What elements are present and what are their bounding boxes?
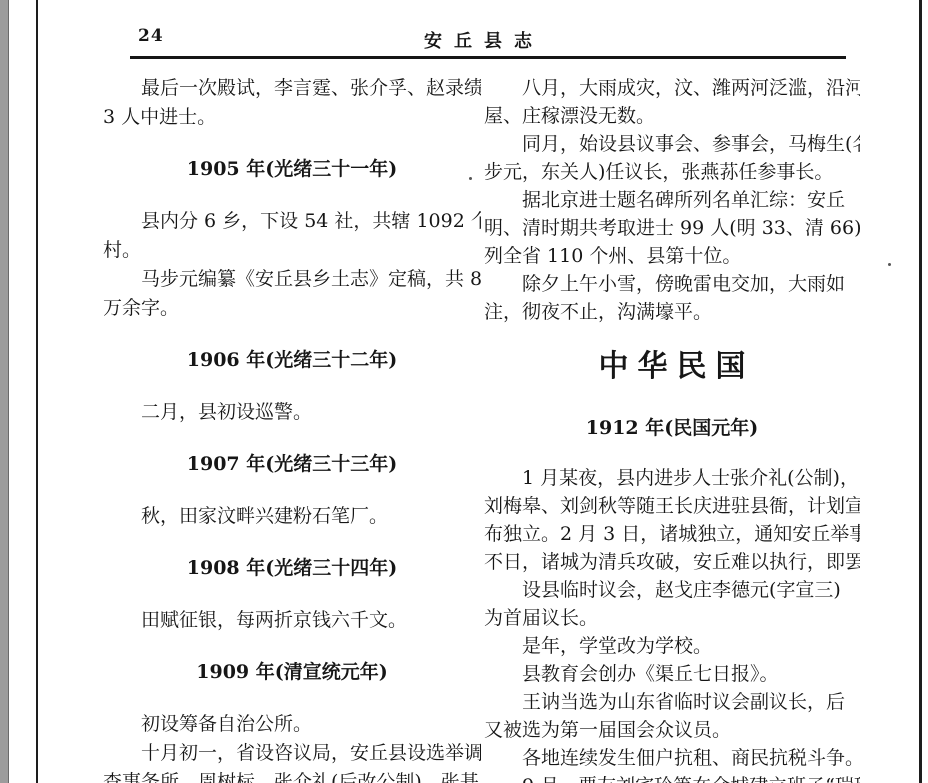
text-line: 又被选为第一届国会众议员。	[484, 716, 860, 744]
year-heading: 1905 年(光绪三十一年)	[103, 155, 481, 184]
text-line: 初设筹备自治公所。	[103, 710, 481, 739]
text-line: 十月初一，省设咨议局，安丘县设选举调	[103, 739, 481, 768]
year-heading: 1909 年(清宣统元年)	[103, 658, 481, 687]
scan-edge-strip	[0, 0, 9, 783]
paragraph: 据北京进士题名碑所列名单汇综：安丘明、清时期共考取进士 99 人(明 33、清 …	[484, 186, 860, 270]
text-line: 设县临时议会，赵戈庄李德元(字宣三)	[484, 576, 860, 604]
ink-speck	[888, 263, 891, 266]
text-line: 注，彻夜不止，沟满壕平。	[484, 298, 860, 326]
paragraph: 设县临时议会，赵戈庄李德元(字宣三)为首届议长。	[484, 576, 860, 632]
text-line: 据北京进士题名碑所列名单汇综：安丘	[484, 186, 860, 214]
left-margin-rule	[36, 0, 38, 783]
year-heading: 1912 年(民国元年)	[484, 414, 860, 442]
year-heading: 1908 年(光绪三十四年)	[103, 554, 481, 583]
text-line: 9 月，票友刘宅玲等在合城建立班子“瑞璘	[484, 772, 860, 783]
paragraph: 初设筹备自治公所。	[103, 710, 481, 739]
text-line: 步元，东关人)任议长，张燕荪任参事长。	[484, 158, 860, 186]
paragraph: 9 月，票友刘宅玲等在合城建立班子“瑞璘	[484, 772, 860, 783]
text-line: 县内分 6 乡，下设 54 社，共辖 1092 个	[103, 207, 481, 236]
paragraph: 各地连续发生佃户抗租、商民抗税斗争。	[484, 744, 860, 772]
paragraph: 最后一次殿试，李言霆、张介孚、赵录绩3 人中进士。	[103, 74, 481, 132]
paragraph: 县教育会创办《渠丘七日报》。	[484, 660, 860, 688]
text-line: 屋、庄稼漂没无数。	[484, 102, 860, 130]
text-line: 刘梅皋、刘剑秋等随王长庆进驻县衙，计划宣	[484, 492, 860, 520]
text-line: 最后一次殿试，李言霆、张介孚、赵录绩	[103, 74, 481, 103]
text-line: 八月，大雨成灾，汶、潍两河泛滥，沿河房	[484, 74, 860, 102]
text-line: 田赋征银，每两折京钱六千文。	[103, 606, 481, 635]
text-line: 除夕上午小雪，傍晚雷电交加，大雨如	[484, 270, 860, 298]
text-line: 布独立。2 月 3 日，诸城独立，通知安丘举事。	[484, 520, 860, 548]
text-line: 村。	[103, 236, 481, 265]
text-line: 王讷当选为山东省临时议会副议长，后	[484, 688, 860, 716]
right-margin-rule	[919, 0, 922, 783]
header-rule	[130, 56, 846, 59]
paragraph: 马步元编纂《安丘县乡土志》定稿，共 8万余字。	[103, 265, 481, 323]
text-line: 各地连续发生佃户抗租、商民抗税斗争。	[484, 744, 860, 772]
year-heading: 1906 年(光绪三十二年)	[103, 346, 481, 375]
text-line: 是年，学堂改为学校。	[484, 632, 860, 660]
paragraph: 八月，大雨成灾，汶、潍两河泛滥，沿河房屋、庄稼漂没无数。	[484, 74, 860, 130]
paragraph: 二月，县初设巡警。	[103, 398, 481, 427]
era-heading: 中华民国	[484, 348, 860, 386]
text-line: 3 人中进士。	[103, 103, 481, 132]
text-line: 秋，田家汶畔兴建粉石笔厂。	[103, 502, 481, 531]
text-line: 马步元编纂《安丘县乡土志》定稿，共 8	[103, 265, 481, 294]
paragraph: 除夕上午小雪，傍晚雷电交加，大雨如注，彻夜不止，沟满壕平。	[484, 270, 860, 326]
paragraph: 十月初一，省设咨议局，安丘县设选举调查事务所，周树标、张介礼(后改公制)、张基	[103, 739, 481, 783]
paragraph: 1 月某夜，县内进步人士张介礼(公制)，刘梅皋、刘剑秋等随王长庆进驻县衙，计划宣…	[484, 464, 860, 576]
text-line: 明、清时期共考取进士 99 人(明 33、清 66)，	[484, 214, 860, 242]
text-line: 为首届议长。	[484, 604, 860, 632]
ink-speck	[700, 473, 703, 476]
text-line: 二月，县初设巡警。	[103, 398, 481, 427]
header-title: 安丘县志	[36, 27, 920, 53]
paragraph: 同月，始设县议事会、参事会，马梅生(名步元，东关人)任议长，张燕荪任参事长。	[484, 130, 860, 186]
right-column: 八月，大雨成灾，汶、潍两河泛滥，沿河房屋、庄稼漂没无数。同月，始设县议事会、参事…	[484, 74, 860, 783]
text-line: 1 月某夜，县内进步人士张介礼(公制)，	[484, 464, 860, 492]
paragraph: 县内分 6 乡，下设 54 社，共辖 1092 个村。	[103, 207, 481, 265]
text-line: 县教育会创办《渠丘七日报》。	[484, 660, 860, 688]
text-line: 万余字。	[103, 294, 481, 323]
paragraph: 是年，学堂改为学校。	[484, 632, 860, 660]
text-line: 列全省 110 个州、县第十位。	[484, 242, 860, 270]
paragraph: 秋，田家汶畔兴建粉石笔厂。	[103, 502, 481, 531]
year-heading: 1907 年(光绪三十三年)	[103, 450, 481, 479]
text-line: 查事务所，周树标、张介礼(后改公制)、张基	[103, 768, 481, 783]
paragraph: 田赋征银，每两折京钱六千文。	[103, 606, 481, 635]
paragraph: 王讷当选为山东省临时议会副议长，后又被选为第一届国会众议员。	[484, 688, 860, 744]
ink-speck	[469, 177, 472, 180]
scanned-book-page: 24 安丘县志 最后一次殿试，李言霆、张介孚、赵录绩3 人中进士。1905 年(…	[0, 0, 928, 783]
text-line: 不日，诸城为清兵攻破，安丘难以执行，即罢。	[484, 548, 860, 576]
left-column: 最后一次殿试，李言霆、张介孚、赵录绩3 人中进士。1905 年(光绪三十一年)县…	[103, 74, 481, 783]
text-line: 同月，始设县议事会、参事会，马梅生(名	[484, 130, 860, 158]
